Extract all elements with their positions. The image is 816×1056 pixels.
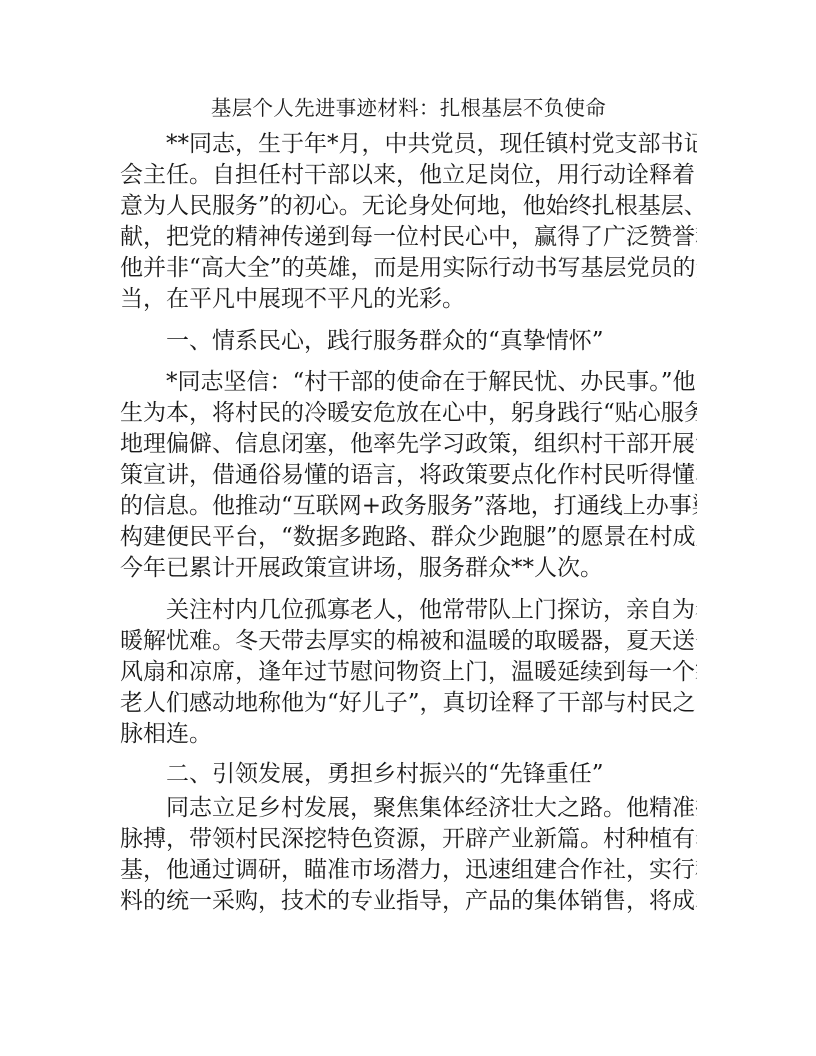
document-title: 基层个人先进事迹材料：扎根基层不负使命 — [120, 94, 697, 122]
text-line: 脉相连。 — [120, 719, 697, 750]
text-line: 风扇和凉席，逢年过节慰问物资上门，温暖延续到每一个寒冬酷暑。 — [120, 657, 697, 688]
text-line: *同志坚信：“村干部的使命在于解民忧、办民事。”他以民 — [120, 367, 697, 398]
heading-text: 二、引领发展，勇担乡村振兴的“先锋重任” — [120, 759, 697, 790]
text-line: 料的统一采购，技术的专业指导，产品的集体销售，将成本“降” — [120, 886, 697, 917]
text-line: 地理偏僻、信息闭塞，他率先学习政策，组织村干部开展常态化政 — [120, 429, 697, 460]
text-line: 暖解忧难。冬天带去厚实的棉被和温暖的取暖器，夏天送去清凉的 — [120, 626, 697, 657]
text-line: 意为人民服务”的初心。无论身处何地，他始终扎根基层、倾心奉 — [120, 191, 697, 222]
heading-text: 一、情系民心，践行服务群众的“真挚情怀” — [120, 326, 697, 357]
section-heading-1: 一、情系民心，践行服务群众的“真挚情怀” — [120, 326, 697, 357]
text-line: 构建便民平台，“数据多跑路、群众少跑腿”的愿景在村成为现实。 — [120, 522, 697, 553]
paragraph-elderly-care: 关注村内几位孤寡老人，他常带队上门探访，亲自为老人送温 暖解忧难。冬天带去厚实的… — [120, 595, 697, 750]
text-line: **同志，生于年*月，中共党员，现任镇村党支部书记、村委 — [120, 129, 697, 160]
text-line: 会主任。自担任村干部以来，他立足岗位，用行动诠释着“全心全 — [120, 160, 697, 191]
document-page: 基层个人先进事迹材料：扎根基层不负使命 **同志，生于年*月，中共党员，现任镇村… — [0, 0, 816, 1056]
text-line: 基，他通过调研，瞄准市场潜力，迅速组建合作社，实行种苗、肥 — [120, 855, 697, 886]
text-line: 献，把党的精神传递到每一位村民心中，赢得了广泛赞誉和信任。 — [120, 222, 697, 253]
text-line: 生为本，将村民的冷暖安危放在心中，躬身践行“贴心服务”。村 — [120, 398, 697, 429]
text-line: 同志立足乡村发展，聚焦集体经济壮大之路。他精准把握市场 — [120, 793, 697, 824]
paragraph-intro: **同志，生于年*月，中共党员，现任镇村党支部书记、村委 会主任。自担任村干部以… — [120, 129, 697, 315]
text-line: 当，在平凡中展现不平凡的光彩。 — [120, 284, 697, 315]
section-heading-2: 二、引领发展，勇担乡村振兴的“先锋重任” — [120, 759, 697, 790]
text-line: 脉搏，带领村民深挖特色资源，开辟产业新篇。村种植有着深厚根 — [120, 824, 697, 855]
text-line: 今年已累计开展政策宣讲场，服务群众**人次。 — [120, 553, 697, 584]
text-line: 策宣讲，借通俗易懂的语言，将政策要点化作村民听得懂、用得上 — [120, 460, 697, 491]
text-line: 关注村内几位孤寡老人，他常带队上门探访，亲自为老人送温 — [120, 595, 697, 626]
text-line: 他并非“高大全”的英雄，而是用实际行动书写基层党员的责任担 — [120, 253, 697, 284]
text-line: 老人们感动地称他为“好儿子”，真切诠释了干部与村民之间的血 — [120, 688, 697, 719]
paragraph-development: 同志立足乡村发展，聚焦集体经济壮大之路。他精准把握市场 脉搏，带领村民深挖特色资… — [120, 793, 697, 917]
text-line: 的信息。他推动“互联网+政务服务”落地，打通线上办事渠道， — [120, 491, 697, 522]
paragraph-service: *同志坚信：“村干部的使命在于解民忧、办民事。”他以民 生为本，将村民的冷暖安危… — [120, 367, 697, 584]
